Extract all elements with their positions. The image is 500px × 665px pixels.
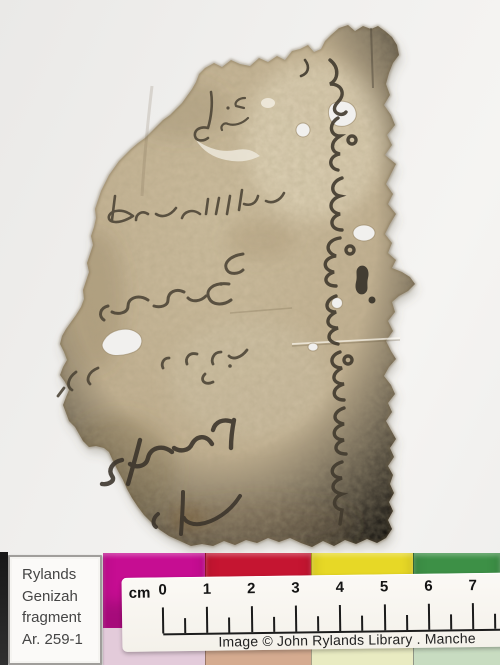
ruler-unit-label: cm (129, 585, 151, 602)
ruler-number: 1 (203, 581, 212, 598)
ruler-tick-cm (472, 603, 474, 629)
ruler-tick-cm (339, 605, 341, 631)
ruler: cm 01234567 Image © John Rylands Library… (121, 573, 500, 652)
ruler-tick-half-cm (494, 614, 496, 629)
ruler-number: 2 (247, 580, 256, 597)
ruler-tick-cm (295, 606, 297, 632)
ruler-number: 5 (380, 578, 389, 595)
ruler-number: 0 (158, 581, 167, 598)
ruler-tick-cm (206, 607, 208, 633)
ruler-tick-half-cm (273, 617, 275, 632)
ruler-tick-half-cm (361, 616, 363, 631)
ruler-tick-half-cm (184, 618, 186, 633)
shelfmark-label: RylandsGenizahfragmentAr. 259-1 (8, 555, 102, 665)
label-line: Ar. 259-1 (22, 629, 96, 651)
ruler-tick-cm (383, 604, 385, 630)
ruler-tick-cm (250, 606, 252, 632)
film-edge-strip (0, 552, 8, 665)
label-line: fragment (22, 607, 96, 629)
ruler-tick-half-cm (228, 617, 230, 632)
label-line: Rylands (22, 564, 96, 586)
ruler-number: 6 (424, 578, 433, 595)
label-lines: RylandsGenizahfragmentAr. 259-1 (22, 564, 96, 650)
ruler-tick-half-cm (406, 615, 408, 630)
label-line: Genizah (22, 586, 96, 608)
ruler-tick-half-cm (317, 616, 319, 631)
ruler-number: 3 (291, 580, 300, 597)
ruler-tick-cm (428, 604, 430, 630)
copyright-text: Image © John Rylands Library . Manche (218, 630, 476, 650)
ruler-number: 7 (468, 577, 477, 594)
ruler-tick-half-cm (450, 614, 452, 629)
ruler-number: 4 (336, 579, 345, 596)
ruler-tick-cm (162, 607, 164, 633)
photograph-stage: RylandsGenizahfragmentAr. 259-1 cm 01234… (0, 0, 500, 665)
